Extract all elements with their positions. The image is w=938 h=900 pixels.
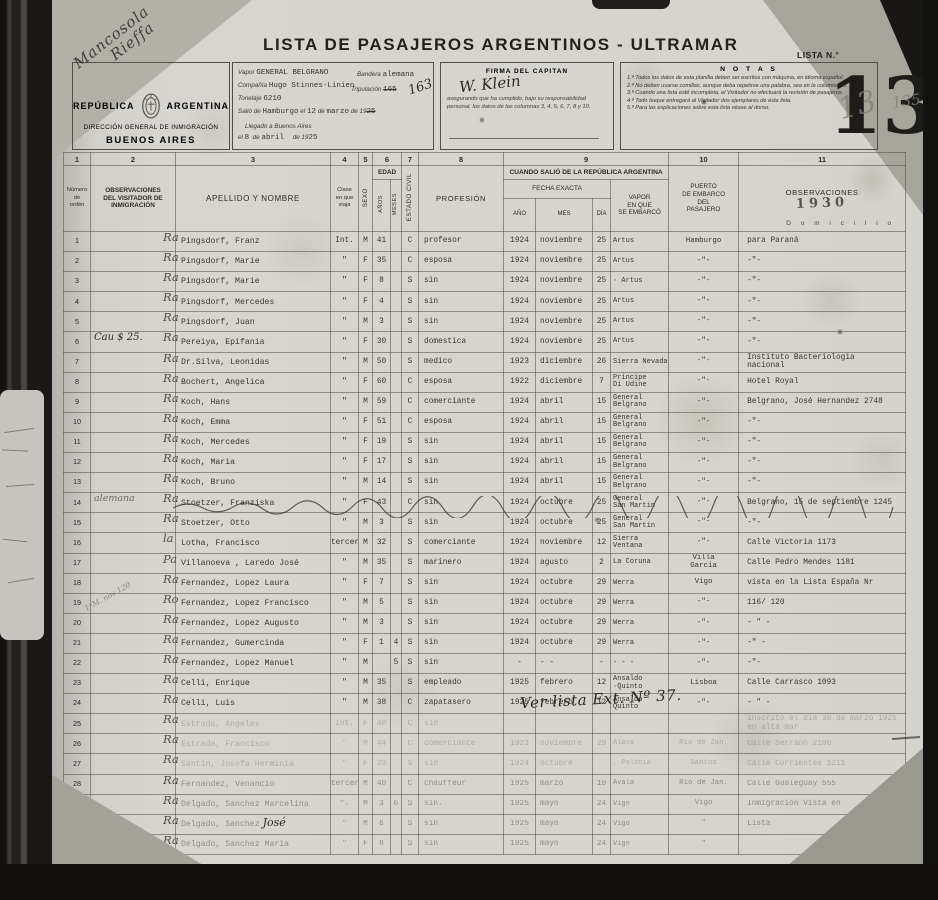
cell-age-years: 51	[373, 412, 391, 432]
cell-age-years: 60	[373, 372, 391, 392]
cell-observations: -" -	[739, 633, 906, 653]
cell-class: "	[331, 633, 359, 653]
cell-day: 25	[593, 292, 611, 312]
cell-sex: M	[359, 232, 373, 252]
vapor-label: Vapor	[238, 69, 255, 76]
cell-age-months	[391, 814, 402, 834]
passenger-row: 24 RaCelli, Luis " M 38 C zapatasero 192…	[64, 694, 906, 714]
cell-name: RaFernandez, Lopez Manuel	[176, 653, 331, 673]
signature-line	[449, 138, 599, 139]
cell-month: mayo	[536, 794, 593, 814]
cell-observations: -"-	[739, 432, 906, 452]
cell-month: abril	[536, 453, 593, 473]
cell-name: RaFernandez, Venancio	[176, 774, 331, 794]
cell-profession: sin	[419, 834, 504, 854]
cell-month: noviembre	[536, 734, 593, 754]
cell-port: -"-	[669, 332, 739, 352]
cell-day: 15	[593, 412, 611, 432]
cell-sex: F	[359, 754, 373, 774]
cell-age-months	[391, 613, 402, 633]
col-cuando-salio: CUANDO SALIÓ DE LA REPÚBLICA ARGENTINA	[504, 166, 669, 180]
cell-day: 15	[593, 453, 611, 473]
cell-age-years	[373, 653, 391, 673]
cell-age-months	[391, 292, 402, 312]
cell-port: Rio de Jan.	[669, 734, 739, 754]
cell-civil-status: S	[402, 754, 419, 774]
coat-of-arms-icon	[140, 91, 162, 121]
cell-civil-status: C	[402, 694, 419, 714]
cell-age-months	[391, 533, 402, 553]
cell-age-years: 30	[373, 332, 391, 352]
cell-name: RaDelgado, Sanchez Maria	[176, 834, 331, 854]
cell-class: "	[331, 332, 359, 352]
col-dia: DÍA	[593, 199, 611, 232]
cell-port: -"-	[669, 252, 739, 272]
cell-class: "	[331, 432, 359, 452]
col-estado-civil: ESTADO CIVIL	[402, 166, 419, 232]
cell-civil-status: S	[402, 814, 419, 834]
cell-age-years: 59	[373, 392, 391, 412]
scan-edge-right	[923, 0, 938, 900]
cell-day: 7	[593, 372, 611, 392]
cell-age-years: 44	[373, 734, 391, 754]
cell-sex: M	[359, 392, 373, 412]
cell-vessel	[611, 714, 669, 734]
year-stamp: 1930	[739, 197, 905, 210]
cell-order-number: 26	[64, 734, 91, 754]
captain-declaration: asegurando que ha cumplido, bajo su resp…	[447, 95, 607, 111]
cell-class: "	[331, 292, 359, 312]
cell-civil-status: S	[402, 674, 419, 694]
passenger-row: 7 RaDr.Silva, Leonidas " M 50 S medico 1…	[64, 352, 906, 372]
cell-sex: F	[359, 372, 373, 392]
cell-port: -"-	[669, 453, 739, 473]
cell-observations: vista en la Lista España Nr	[739, 573, 906, 593]
cell-class: ".	[331, 794, 359, 814]
cell-day	[593, 754, 611, 774]
cell-vessel: Werra	[611, 633, 669, 653]
cell-order-number: 23	[64, 674, 91, 694]
cell-name: RaPereiya, Epifania	[176, 332, 331, 352]
cell-age-months	[391, 834, 402, 854]
org-buenos-aires: BUENOS AIRES	[73, 135, 229, 146]
cell-observations: Calle Pedro Mendes 1181	[739, 553, 906, 573]
cell-age-years: 4	[373, 292, 391, 312]
cell-age-years: 50	[373, 352, 391, 372]
cell-day: -	[593, 653, 611, 673]
cell-vessel: Sierra Nevada	[611, 352, 669, 372]
cell-age-months	[391, 272, 402, 292]
cell-day: 24	[593, 834, 611, 854]
cell-order-number: 12	[64, 453, 91, 473]
cell-profession: sin	[419, 653, 504, 673]
cell-class: "	[331, 653, 359, 673]
cell-class: "	[331, 252, 359, 272]
passenger-row: 12 RaKoch, Maria " F 17 S sin 1924 abril…	[64, 453, 906, 473]
cell-observations: Calle Serrano 2100	[739, 734, 906, 754]
cell-port: Hamburgo	[669, 232, 739, 252]
cell-observations: Instituto Bacteriologia nacional	[739, 352, 906, 372]
cell-year: 1924	[504, 432, 536, 452]
cell-sex: M	[359, 674, 373, 694]
cell-age-months	[391, 232, 402, 252]
cell-month: noviembre	[536, 272, 593, 292]
cell-order-number: 18	[64, 573, 91, 593]
cell-observations: inscrito el dia 30 de marzo 1925 en alta…	[739, 714, 906, 734]
cell-age-years: 8	[373, 834, 391, 854]
cell-sex: F	[359, 272, 373, 292]
cell-year: 1924	[504, 754, 536, 774]
cell-sex: F	[359, 633, 373, 653]
cell-age-years: 40	[373, 714, 391, 734]
cell-class: Int.	[331, 232, 359, 252]
cell-month: mayo	[536, 834, 593, 854]
cell-port: -"-	[669, 593, 739, 613]
cell-name: RaBochert, Angelica	[176, 372, 331, 392]
llegada-ano: 25	[308, 134, 317, 142]
cell-day: 29	[593, 573, 611, 593]
captain-box-title: FIRMA DEL CAPITAN	[441, 68, 613, 75]
cell-port: "	[669, 834, 739, 854]
passenger-row: 23 RaCelli, Enrique " M 35 S empleado 19…	[64, 674, 906, 694]
cell-age-months	[391, 312, 402, 332]
cell-year: 1925	[504, 794, 536, 814]
col-profesion: PROFESIÓN	[419, 166, 504, 232]
cell-month: diciembre	[536, 352, 593, 372]
cell-day: 26	[593, 352, 611, 372]
cell-day: 29	[593, 593, 611, 613]
cell-class: "	[331, 814, 359, 834]
passenger-row: 2 RaPingsdorf, Marie " F 35 C esposa 192…	[64, 252, 906, 272]
cell-age-years: 3	[373, 312, 391, 332]
column-number-row: 1 2 3 4 5 6 7 8 9 10 11	[64, 153, 906, 166]
passenger-row: 10 RaKoch, Emma " F 51 C esposa 1924 abr…	[64, 412, 906, 432]
cell-day: 25	[593, 232, 611, 252]
cell-class: "	[331, 754, 359, 774]
cell-month: mayo	[536, 814, 593, 834]
cell-class: Int.	[331, 714, 359, 734]
cell-name: RaDelgado, Sanchez Marcelina	[176, 794, 331, 814]
scanned-passenger-list: LISTA DE PASAJEROS ARGENTINOS - ULTRAMAR…	[0, 0, 938, 900]
cell-profession: profesor	[419, 232, 504, 252]
cell-vessel: , Polonia	[611, 754, 669, 774]
column-header-row: Número de ordén OBSERVACIONES DEL VISITA…	[64, 166, 906, 180]
passenger-row: 27 RaSantin, Josefa Herminia " F 23 S si…	[64, 754, 906, 774]
cell-civil-status: S	[402, 653, 419, 673]
passenger-row: 17 PaVillanoeva , Laredo José " M 35 S m…	[64, 553, 906, 573]
cell-day: 15	[593, 432, 611, 452]
cell-month: noviembre	[536, 252, 593, 272]
cell-month: noviembre	[536, 232, 593, 252]
cell-age-months	[391, 573, 402, 593]
cell-age-years: 41	[373, 232, 391, 252]
cell-year: 1924	[504, 312, 536, 332]
cell-day: 24	[593, 794, 611, 814]
cell-profession: sin	[419, 613, 504, 633]
col-clase: Clase en que viaja	[331, 166, 359, 232]
cell-order-number: 14	[64, 493, 91, 513]
cell-age-months	[391, 754, 402, 774]
ship-info-box: Vapor GENERAL BELGRANO Bandera alemana C…	[232, 62, 434, 150]
cell-name: RaPingsdorf, Marie	[176, 252, 331, 272]
cell-vessel: La Coruna	[611, 553, 669, 573]
cell-day: 29	[593, 613, 611, 633]
cell-month: agusto	[536, 553, 593, 573]
cell-profession: chauffeur	[419, 774, 504, 794]
cell-port: -"-	[669, 412, 739, 432]
col-observaciones: OBSERVACIONES 1930 D o m i c i l i o	[739, 166, 906, 232]
cell-port: -"-	[669, 352, 739, 372]
cell-vessel: Artus	[611, 252, 669, 272]
cell-age-years: 38	[373, 694, 391, 714]
passenger-row: 3 RaPingsdorf, Marie " F 8 S sin 1924 no…	[64, 272, 906, 292]
cell-sex: F	[359, 332, 373, 352]
cell-sex: M	[359, 694, 373, 714]
cell-observations: Calle Victoria 1173	[739, 533, 906, 553]
compania-value: Hugo Stinnes-Linien	[269, 82, 355, 90]
captain-signature-box: FIRMA DEL CAPITAN W. Klein asegurando qu…	[440, 62, 614, 150]
cell-age-years: 14	[373, 473, 391, 493]
cell-civil-status: S	[402, 473, 419, 493]
cell-name: RaSantin, Josefa Herminia	[176, 754, 331, 774]
cell-observations: -"-	[739, 292, 906, 312]
cell-age-months	[391, 252, 402, 272]
cell-name: PaVillanoeva , Laredo José	[176, 553, 331, 573]
cell-order-number: 11	[64, 432, 91, 452]
bandera-value: alemana	[383, 71, 415, 79]
cell-civil-status: S	[402, 352, 419, 372]
cell-profession: sin	[419, 292, 504, 312]
cell-profession: medico	[419, 352, 504, 372]
cell-name: RaKoch, Hans	[176, 392, 331, 412]
cell-class: "	[331, 412, 359, 432]
compania-label: Compañía	[238, 82, 267, 89]
cell-civil-status: C	[402, 392, 419, 412]
cell-age-years: 23	[373, 754, 391, 774]
cell-class: "	[331, 312, 359, 332]
cell-civil-status: S	[402, 834, 419, 854]
passenger-row: 1 RaPingsdorf, Franz Int. M 41 C profeso…	[64, 232, 906, 252]
cell-sex: F	[359, 834, 373, 854]
passenger-row: 29 RaDelgado, Sanchez Marcelina ". M 3 6…	[64, 794, 906, 814]
cell-class: tercera	[331, 774, 359, 794]
cell-month: octubre	[536, 754, 593, 774]
cell-observations: Belgrano, José Hernandez 2748	[739, 392, 906, 412]
cell-observations: - " -	[739, 694, 906, 714]
cell-order-number: 22	[64, 653, 91, 673]
cell-vessel: Principe Di Udine	[611, 372, 669, 392]
cell-vessel: General Belgrano	[611, 473, 669, 493]
passenger-row: RaDelgado, Sanchez Maria " F 8 S sin 192…	[64, 834, 906, 854]
cell-age-years: 17	[373, 453, 391, 473]
cell-profession: esposa	[419, 372, 504, 392]
cell-name: RaDelgado, SanchezJosé	[176, 814, 331, 834]
cell-day: 25	[593, 312, 611, 332]
cell-sex: M	[359, 593, 373, 613]
strike-through-wavy-line	[173, 496, 907, 518]
cell-profession: sin	[419, 593, 504, 613]
cell-name: RaKoch, Mercedes	[176, 432, 331, 452]
col-sexo: SEXO	[359, 166, 373, 232]
llegada-mes: abril	[261, 134, 284, 142]
cell-age-years: 1	[373, 633, 391, 653]
cell-order-number: 20	[64, 613, 91, 633]
cell-name: RaKoch, Bruno	[176, 473, 331, 493]
cell-age-months	[391, 412, 402, 432]
cell-age-years: 35	[373, 553, 391, 573]
passenger-row: 30 RaDelgado, SanchezJosé " M 6 S sin 19…	[64, 814, 906, 834]
cell-day: 29	[593, 633, 611, 653]
cell-month: abril	[536, 412, 593, 432]
cell-name: RaKoch, Maria	[176, 453, 331, 473]
passenger-row: 25 RaEstrada, Angeles Int. F 40 C sin in…	[64, 714, 906, 734]
cell-order-number: 7	[64, 352, 91, 372]
cell-vessel: Werra	[611, 613, 669, 633]
cell-sex: M	[359, 352, 373, 372]
cell-year: 1924	[504, 292, 536, 312]
cell-age-years: 5	[373, 593, 391, 613]
cell-port: Vigo	[669, 794, 739, 814]
cell-class: "	[331, 734, 359, 754]
vapor-value: GENERAL BELGRANO	[256, 69, 328, 77]
cell-month: abril	[536, 473, 593, 493]
cell-age-years: 3	[373, 613, 391, 633]
cell-civil-status: C	[402, 734, 419, 754]
passenger-row: 19 RoFernandez, Lopez Francisco " M 5 S …	[64, 593, 906, 613]
cell-name: RaPingsdorf, Franz	[176, 232, 331, 252]
cell-order-number: 21	[64, 633, 91, 653]
col-observaciones-visitador: OBSERVACIONES DEL VISITADOR DE INMIGRACI…	[91, 166, 176, 232]
cell-year: 1924	[504, 533, 536, 553]
cell-class: "	[331, 553, 359, 573]
cell-vessel: General Belgrano	[611, 412, 669, 432]
cell-name: laLotha, Francisco	[176, 533, 331, 553]
scan-edge-bottom	[0, 864, 938, 900]
page-title: LISTA DE PASAJEROS ARGENTINOS - ULTRAMAR	[263, 35, 738, 55]
cell-civil-status: C	[402, 714, 419, 734]
passenger-row: 9 RaKoch, Hans " M 59 C comerciante 1924…	[64, 392, 906, 412]
cell-month: abril	[536, 432, 593, 452]
cell-civil-status: C	[402, 372, 419, 392]
cell-name: RaFernandez, Lopez Augusto	[176, 613, 331, 633]
cell-month: noviembre	[536, 332, 593, 352]
cell-name: RaPingsdorf, Mercedes	[176, 292, 331, 312]
col-meses: MESES	[391, 180, 402, 232]
cell-day: 12	[593, 533, 611, 553]
cell-sex: M	[359, 533, 373, 553]
cell-month: octubre	[536, 613, 593, 633]
cell-age-months	[391, 694, 402, 714]
cell-order-number: 24	[64, 694, 91, 714]
cell-month: - -	[536, 653, 593, 673]
cell-name: RaPingsdorf, Marie	[176, 272, 331, 292]
adjacent-page-edge	[0, 390, 44, 640]
tonelaje-value: 6210	[263, 95, 281, 103]
cell-port: Rio de Jan.	[669, 774, 739, 794]
cell-year: 1924	[504, 573, 536, 593]
cell-civil-status: S	[402, 292, 419, 312]
cell-observations: -"-	[739, 252, 906, 272]
cell-sex: F	[359, 292, 373, 312]
cell-age-months	[391, 674, 402, 694]
cell-profession: empleado	[419, 674, 504, 694]
cell-order-number: 5	[64, 312, 91, 332]
cell-vessel: Sierra Ventana	[611, 533, 669, 553]
cell-sex: F	[359, 412, 373, 432]
cell-sex: M	[359, 613, 373, 633]
cell-civil-status: S	[402, 332, 419, 352]
cell-sex: M	[359, 553, 373, 573]
cell-name: RaDr.Silva, Leonidas	[176, 352, 331, 372]
col-edad: EDAD	[373, 166, 402, 180]
cell-year: 1924	[504, 553, 536, 573]
cell-class: "	[331, 372, 359, 392]
cell-observations: - " -	[739, 613, 906, 633]
passenger-row: 22 RaFernandez, Lopez Manuel " M 5 S sin…	[64, 653, 906, 673]
cell-civil-status: S	[402, 573, 419, 593]
cell-name: RaFernandez, Lopez Laura	[176, 573, 331, 593]
captain-signature: W. Klein	[458, 72, 521, 96]
tonelaje-label: Tonelaje	[238, 95, 262, 102]
passenger-row: 18 RaFernandez, Lopez Laura " F 7 S sin …	[64, 573, 906, 593]
col-apellido-nombre: APELLIDO Y NOMBRE	[176, 166, 331, 232]
passenger-row: 28 RaFernandez, Venancio tercera M 40 C …	[64, 774, 906, 794]
cell-vessel: Artus	[611, 332, 669, 352]
passenger-row: 8 RaBochert, Angelica " F 60 C esposa 19…	[64, 372, 906, 392]
cell-civil-status: C	[402, 232, 419, 252]
cell-vessel: Artus	[611, 292, 669, 312]
cell-name: RaCelli, Enrique	[176, 674, 331, 694]
cell-year: 1924	[504, 232, 536, 252]
cell-age-years: 8	[373, 272, 391, 292]
cell-year: 1924	[504, 473, 536, 493]
cell-class: "	[331, 272, 359, 292]
cell-order-number: 8	[64, 372, 91, 392]
cell-vessel: Alava	[611, 734, 669, 754]
cell-age-months	[391, 473, 402, 493]
cell-month: octubre	[536, 593, 593, 613]
cell-vessel: Vigo	[611, 814, 669, 834]
cell-class: "	[331, 593, 359, 613]
cell-age-months: 5	[391, 653, 402, 673]
cell-port: -"-	[669, 653, 739, 673]
cell-vessel: Artus	[611, 312, 669, 332]
cell-age-years: 7	[373, 573, 391, 593]
cell-civil-status: S	[402, 553, 419, 573]
cell-profession: comerciante	[419, 392, 504, 412]
cell-civil-status: S	[402, 613, 419, 633]
cell-observations: para Paraná	[739, 232, 906, 252]
cell-year: 1925	[504, 674, 536, 694]
cell-port: -"-	[669, 473, 739, 493]
cell-observations: -"-	[739, 473, 906, 493]
cell-observations: -"-	[739, 332, 906, 352]
cell-day: 29	[593, 734, 611, 754]
domicilio-label: D o m i c i l i o	[786, 220, 895, 228]
cell-name: RaKoch, Emma	[176, 412, 331, 432]
cell-year: 1922	[504, 372, 536, 392]
cell-day: 24	[593, 814, 611, 834]
cell-age-months	[391, 352, 402, 372]
cell-sex: F	[359, 714, 373, 734]
cell-month: noviembre	[536, 292, 593, 312]
cell-profession: sin	[419, 754, 504, 774]
cell-vessel: Avala	[611, 774, 669, 794]
cell-age-years: 3	[373, 794, 391, 814]
cell-day	[593, 714, 611, 734]
cell-order-number: 9	[64, 392, 91, 412]
cell-observations: -"-	[739, 312, 906, 332]
